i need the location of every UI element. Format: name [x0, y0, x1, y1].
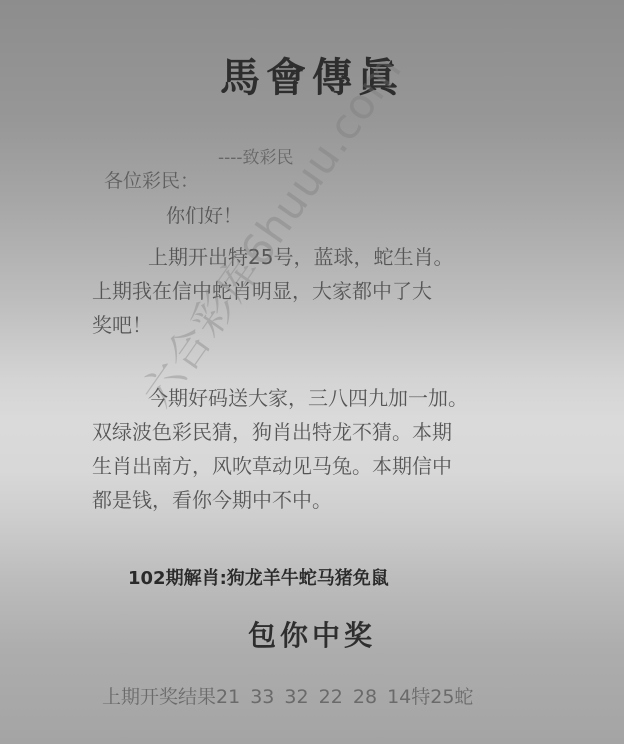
paragraph-last-draw: 上期开出特25号，蓝球，蛇生肖。 上期我在信中蛇肖明显，大家都中了大 奖吧！ [92, 240, 532, 342]
paragraph-line: 上期开出特25号，蓝球，蛇生肖。 [92, 240, 532, 274]
salutation: 各位彩民： [104, 166, 199, 193]
paragraph-line: 今期好码送大家，三八四九加一加。 [92, 381, 542, 415]
document-title: 馬會傳眞 [0, 46, 624, 103]
greeting: 你们好！ [166, 201, 242, 228]
paragraph-line: 奖吧！ [92, 308, 532, 342]
signoff: ----致彩民 [218, 143, 294, 168]
last-draw-results: 上期开奖结果21 33 32 22 28 14特25蛇 [102, 682, 473, 709]
paragraph-line: 双绿波色彩民猜，狗肖出特龙不猜。本期 [92, 415, 542, 449]
slogan: 包你中奖 [0, 614, 624, 654]
paragraph-line: 上期我在信中蛇肖明显，大家都中了大 [92, 274, 532, 308]
paragraph-line: 都是钱，看你今期中不中。 [92, 483, 542, 517]
paragraph-line: 生肖出南方，风吹草动见马兔。本期信中 [92, 449, 542, 483]
paragraph-current-tips: 今期好码送大家，三八四九加一加。 双绿波色彩民猜，狗肖出特龙不猜。本期 生肖出南… [92, 381, 542, 517]
zodiac-hint: 102期解肖:狗龙羊牛蛇马猪免鼠 [128, 564, 389, 590]
